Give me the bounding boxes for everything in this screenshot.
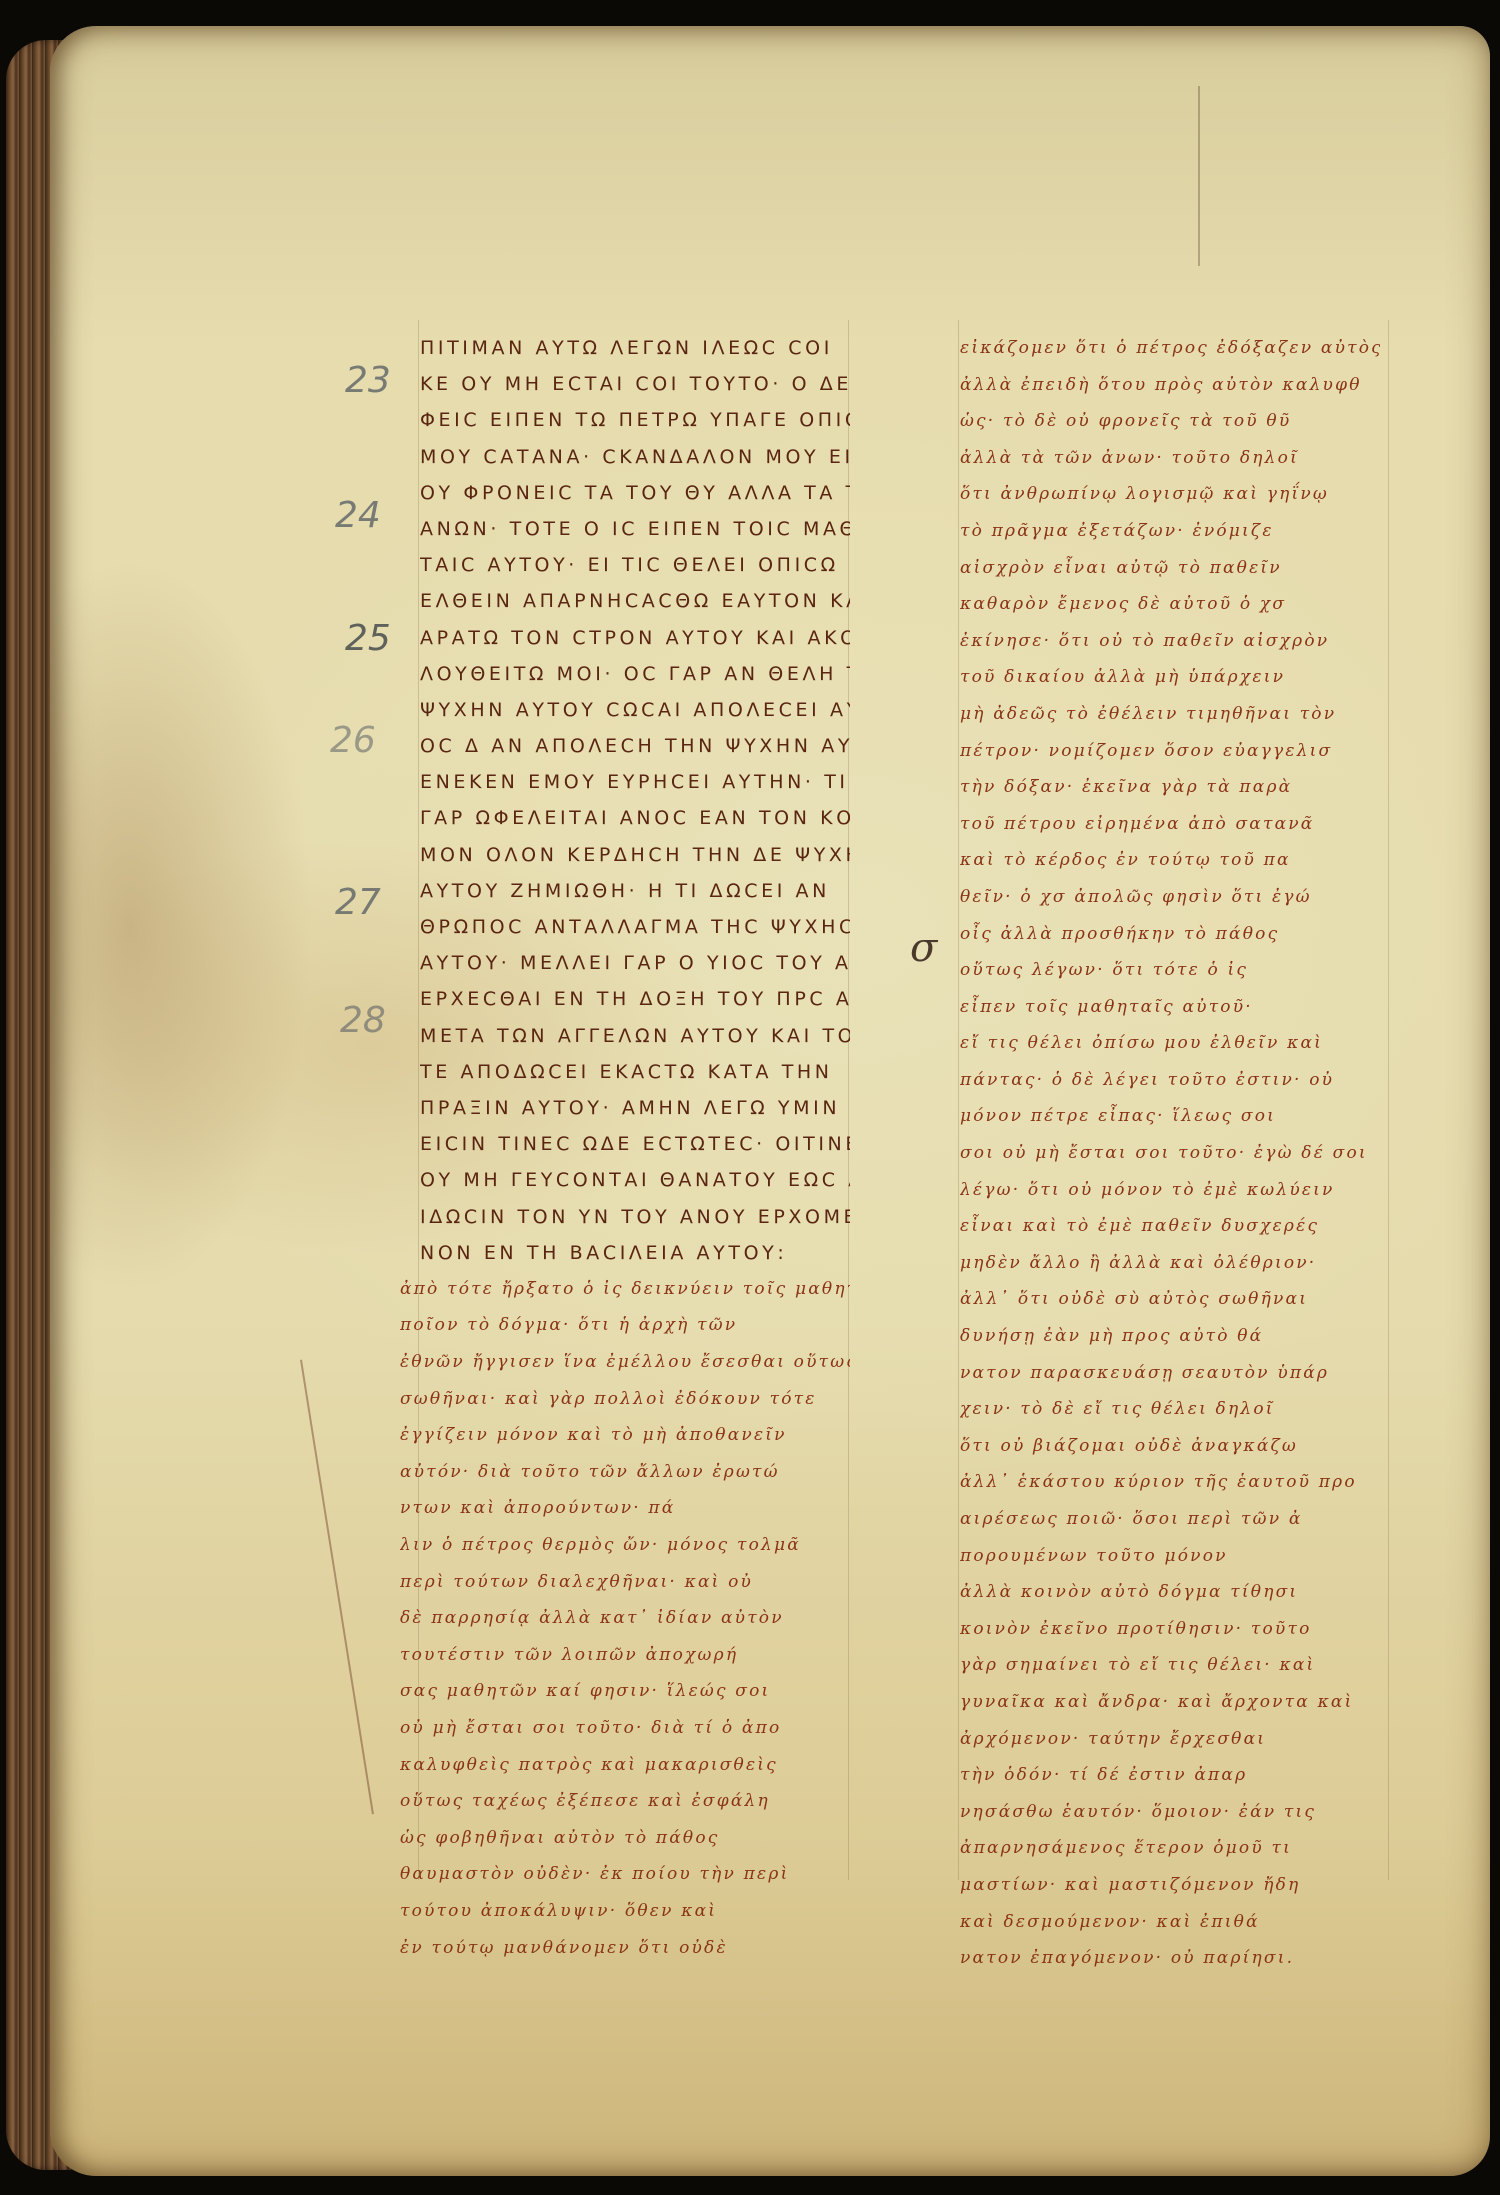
text-line: ντων καὶ ἀπορούντων· πά [400, 1490, 850, 1527]
text-line: οὕτως ταχέως ἐξέπεσε καὶ ἐσφάλη [400, 1783, 850, 1820]
text-line: μόνον πέτρε εἶπας· ἵλεως σοι [960, 1098, 1380, 1135]
text-line: σας μαθητῶν καί φησιν· ἵλεώς σοι [400, 1673, 850, 1710]
text-line: οὐ μὴ ἔσται σοι τοῦτο· διὰ τί ὁ ἀπο [400, 1710, 850, 1747]
text-line: τοῦ δικαίου ἀλλὰ μὴ ὑπάρχειν [960, 659, 1380, 696]
manuscript-scan: 23 24 25 26 27 28 σ ΠΙΤΙΜΑΝ ΑΥΤΩ ΛΕΓΩΝ Ι… [0, 0, 1500, 2195]
text-line: ΨΥΧΗΝ ΑΥΤΟΥ ϹΩϹΑΙ ΑΠΟΛΕϹΕΙ ΑΥΤΗΝ· [420, 692, 850, 728]
text-line: ΑΝΩΝ· ΤΟΤΕ Ο ΙϹ ΕΙΠΕΝ ΤΟΙϹ ΜΑΘΗ [420, 511, 850, 547]
text-line: ἀπὸ τότε ἤρξατο ὁ ἰς δεικνύειν τοῖς μαθη… [400, 1271, 850, 1308]
text-line: ἐθνῶν ἤγγισεν ἵνα ἐμέλλου ἔσεσθαι οὕτως [400, 1344, 850, 1381]
text-line: ΦΕΙϹ ΕΙΠΕΝ ΤΩ ΠΕΤΡΩ ΥΠΑΓΕ ΟΠΙϹΩ [420, 402, 850, 438]
verse-number: 27 [335, 882, 381, 923]
text-line: ΠΙΤΙΜΑΝ ΑΥΤΩ ΛΕΓΩΝ ΙΛΕΩϹ ϹΟΙ [420, 330, 850, 366]
text-line: ΝΟΝ ΕΝ ΤΗ ΒΑϹΙΛΕΙΑ ΑΥΤΟΥ: [420, 1235, 850, 1271]
text-line: σωθῆναι· καὶ γὰρ πολλοὶ ἐδόκουν τότε [400, 1381, 850, 1418]
commentary-text-minuscule: ἀπὸ τότε ἤρξατο ὁ ἰς δεικνύειν τοῖς μαθη… [400, 1271, 850, 1966]
text-line: ἀπαρνησάμενος ἕτερον ὁμοῦ τι [960, 1830, 1380, 1867]
marginal-sigma-mark: σ [910, 925, 937, 971]
ruling-line-right-outer [1388, 320, 1389, 1880]
text-line: ΟΥ ΦΡΟΝΕΙϹ ΤΑ ΤΟΥ ΘΥ ΑΛΛΑ ΤΑ ΤΩΝ [420, 475, 850, 511]
text-line: ἐγγίζειν μόνον καὶ τὸ μὴ ἀποθανεῖν [400, 1417, 850, 1454]
text-line: δὲ παρρησίᾳ ἀλλὰ κατ᾽ ἰδίαν αὐτὸν [400, 1600, 850, 1637]
text-line: ὅτι ἀνθρωπίνῳ λογισμῷ καὶ γηΐνῳ [960, 476, 1380, 513]
text-line: γὰρ σημαίνει τὸ εἴ τις θέλει· καὶ [960, 1647, 1380, 1684]
gospel-text-uncial: ΠΙΤΙΜΑΝ ΑΥΤΩ ΛΕΓΩΝ ΙΛΕΩϹ ϹΟΙ ΚΕ ΟΥ ΜΗ ΕϹ… [420, 330, 850, 1271]
verse-number: 26 [330, 720, 376, 761]
verse-number: 28 [340, 1000, 386, 1041]
text-line: τουτέστιν τῶν λοιπῶν ἀποχωρή [400, 1637, 850, 1674]
text-line: θεῖν· ὁ χσ ἀπολῶς φησὶν ὅτι ἐγώ [960, 879, 1380, 916]
text-line: ΤΕ ΑΠΟΔΩϹΕΙ ΕΚΑϹΤΩ ΚΑΤΑ ΤΗΝ [420, 1054, 850, 1090]
text-line: ἀλλὰ κοινὸν αὐτὸ δόγμα τίθησι [960, 1574, 1380, 1611]
text-line: ΤΑΙϹ ΑΥΤΟΥ· ΕΙ ΤΙϹ ΘΕΛΕΙ ΟΠΙϹΩ ΜΟΥ [420, 547, 850, 583]
text-line: ΕΙϹΙΝ ΤΙΝΕϹ ΩΔΕ ΕϹΤΩΤΕϹ· ΟΙΤΙΝΕϹ [420, 1126, 850, 1162]
text-line: καλυφθεὶς πατρὸς καὶ μακαρισθεὶς [400, 1747, 850, 1784]
text-line: ΙΔΩϹΙΝ ΤΟΝ ΥΝ ΤΟΥ ΑΝΟΥ ΕΡΧΟΜΕ [420, 1199, 850, 1235]
text-line: τὴν ὁδόν· τί δέ ἐστιν ἀπαρ [960, 1757, 1380, 1794]
text-line: ΛΟΥΘΕΙΤΩ ΜΟΙ· ΟϹ ΓΑΡ ΑΝ ΘΕΛΗ ΤΗΝ [420, 656, 850, 692]
text-line: ΕΡΧΕϹΘΑΙ ΕΝ ΤΗ ΔΟΞΗ ΤΟΥ ΠΡϹ ΑΥΤΟΥ [420, 981, 850, 1017]
text-line: θαυμαστὸν οὐδὲν· ἐκ ποίου τὴν περὶ [400, 1856, 850, 1893]
text-line: εἶπεν τοῖς μαθηταῖς αὐτοῦ· [960, 989, 1380, 1026]
text-line: ἀλλ᾽ ἑκάστου κύριον τῆς ἑαυτοῦ προ [960, 1464, 1380, 1501]
text-line: ΚΕ ΟΥ ΜΗ ΕϹΤΑΙ ϹΟΙ ΤΟΥΤΟ· Ο ΔΕ ϹΤΡΑ [420, 366, 850, 402]
text-line: εἰκάζομεν ὅτι ὁ πέτρος ἐδόξαζεν αὐτὸς [960, 330, 1380, 367]
text-line: τὸ πρᾶγμα ἐξετάζων· ἐνόμιζε [960, 513, 1380, 550]
text-line: ὡς φοβηθῆναι αὐτὸν τὸ πάθος [400, 1820, 850, 1857]
text-line: εἶναι καὶ τὸ ἐμὲ παθεῖν δυσχερές [960, 1208, 1380, 1245]
text-line: ὅτι οὐ βιάζομαι οὐδὲ ἀναγκάζω [960, 1428, 1380, 1465]
text-line: ΘΡΩΠΟϹ ΑΝΤΑΛΛΑΓΜΑ ΤΗϹ ΨΥΧΗϹ [420, 909, 850, 945]
text-line: ἀρχόμενον· ταύτην ἔρχεσθαι [960, 1721, 1380, 1758]
text-line: ΜΟΥ ϹΑΤΑΝΑ· ϹΚΑΝΔΑΛΟΝ ΜΟΥ ΕΙ· ΟΤΙ [420, 439, 850, 475]
text-line: σοι οὐ μὴ ἔσται σοι τοῦτο· ἐγὼ δέ σοι [960, 1135, 1380, 1172]
text-line: ἀλλὰ ἐπειδὴ ὅτου πρὸς αὐτὸν καλυφθ [960, 367, 1380, 404]
text-line: περὶ τούτων διαλεχθῆναι· καὶ οὐ [400, 1564, 850, 1601]
text-line: λέγω· ὅτι οὐ μόνον τὸ ἐμὲ κωλύειν [960, 1172, 1380, 1209]
text-line: πάντας· ὁ δὲ λέγει τοῦτο ἐστιν· οὐ [960, 1062, 1380, 1099]
text-line: χειν· τὸ δὲ εἴ τις θέλει δηλοῖ [960, 1391, 1380, 1428]
text-line: ΑΡΑΤΩ ΤΟΝ ϹΤΡΟΝ ΑΥΤΟΥ ΚΑΙ ΑΚΟ [420, 620, 850, 656]
text-line: ΠΡΑΞΙΝ ΑΥΤΟΥ· ΑΜΗΝ ΛΕΓΩ ΥΜΙΝ [420, 1090, 850, 1126]
text-line: μὴ ἀδεῶς τὸ ἐθέλειν τιμηθῆναι τὸν [960, 696, 1380, 733]
commentary-text-minuscule: εἰκάζομεν ὅτι ὁ πέτρος ἐδόξαζεν αὐτὸς ἀλ… [960, 330, 1380, 1977]
text-line: νατον παρασκευάσῃ σεαυτὸν ὑπάρ [960, 1355, 1380, 1392]
text-line: ἐν τούτῳ μανθάνομεν ὅτι οὐδὲ [400, 1930, 850, 1967]
text-line: ΟϹ Δ ΑΝ ΑΠΟΛΕϹΗ ΤΗΝ ΨΥΧΗΝ ΑΥΤΟΥ [420, 728, 850, 764]
text-line: λιν ὁ πέτρος θερμὸς ὤν· μόνος τολμᾶ [400, 1527, 850, 1564]
text-line: πορουμένων τοῦτο μόνον [960, 1538, 1380, 1575]
text-line: αιρέσεως ποιῶ· ὅσοι περὶ τῶν ἀ [960, 1501, 1380, 1538]
text-line: ΕΛΘΕΙΝ ΑΠΑΡΝΗϹΑϹΘΩ ΕΑΥΤΟΝ ΚΑΙ [420, 583, 850, 619]
text-line: αὐτόν· διὰ τοῦτο τῶν ἄλλων ἐρωτώ [400, 1454, 850, 1491]
text-line: καθαρὸν ἔμενος δὲ αὐτοῦ ὁ χσ [960, 586, 1380, 623]
verse-number: 23 [345, 360, 391, 401]
text-line: ἀλλ᾽ ὅτι οὐδὲ σὺ αὐτὸς σωθῆναι [960, 1281, 1380, 1318]
text-line: ΜΟΝ ΟΛΟΝ ΚΕΡΔΗϹΗ ΤΗΝ ΔΕ ΨΥΧΗΝ [420, 837, 850, 873]
text-line: δυνήσῃ ἐὰν μὴ προς αὐτὸ θά [960, 1318, 1380, 1355]
text-line: ΕΝΕΚΕΝ ΕΜΟΥ ΕΥΡΗϹΕΙ ΑΥΤΗΝ· ΤΙ [420, 764, 850, 800]
right-column: εἰκάζομεν ὅτι ὁ πέτρος ἐδόξαζεν αὐτὸς ἀλ… [960, 330, 1380, 1977]
verse-number: 24 [335, 495, 381, 536]
text-line: καὶ δεσμούμενον· καὶ ἐπιθά [960, 1904, 1380, 1941]
text-line: ΑΥΤΟΥ ΖΗΜΙΩΘΗ· Η ΤΙ ΔΩϹΕΙ ΑΝ [420, 873, 850, 909]
text-line: γυναῖκα καὶ ἄνδρα· καὶ ἄρχοντα καὶ [960, 1684, 1380, 1721]
text-line: αἰσχρὸν εἶναι αὐτῷ τὸ παθεῖν [960, 550, 1380, 587]
verse-number: 25 [345, 618, 391, 659]
text-line: ΟΥ ΜΗ ΓΕΥϹΟΝΤΑΙ ΘΑΝΑΤΟΥ ΕΩϹ ΑΝ [420, 1162, 850, 1198]
left-column: ΠΙΤΙΜΑΝ ΑΥΤΩ ΛΕΓΩΝ ΙΛΕΩϹ ϹΟΙ ΚΕ ΟΥ ΜΗ ΕϹ… [420, 330, 850, 1966]
text-line: τούτου ἀποκάλυψιν· ὅθεν καὶ [400, 1893, 850, 1930]
text-line: τοῦ πέτρου εἰρημένα ἀπὸ σατανᾶ [960, 806, 1380, 843]
parchment-fold-line [1198, 86, 1200, 266]
text-line: μαστίων· καὶ μαστιζόμενον ἤδη [960, 1867, 1380, 1904]
text-line: οἶς ἀλλὰ προσθήκην τὸ πάθος [960, 916, 1380, 953]
text-line: ὡς· τὸ δὲ οὐ φρονεῖς τὰ τοῦ θῦ [960, 403, 1380, 440]
text-line: ΜΕΤΑ ΤΩΝ ΑΓΓΕΛΩΝ ΑΥΤΟΥ ΚΑΙ ΤΟ [420, 1018, 850, 1054]
text-line: οὕτως λέγων· ὅτι τότε ὁ ἰς [960, 952, 1380, 989]
text-line: καὶ τὸ κέρδος ἐν τούτῳ τοῦ πα [960, 842, 1380, 879]
ruling-line-right [958, 320, 959, 1880]
text-line: πέτρον· νομίζομεν ὅσον εὐαγγελισ [960, 733, 1380, 770]
text-line: κοινὸν ἐκεῖνο προτίθησιν· τοῦτο [960, 1611, 1380, 1648]
text-line: ΑΥΤΟΥ· ΜΕΛΛΕΙ ΓΑΡ Ο ΥΙΟϹ ΤΟΥ ΑΝΟΥ [420, 945, 850, 981]
text-line: ποῖον τὸ δόγμα· ὅτι ἡ ἀρχὴ τῶν [400, 1307, 850, 1344]
text-line: ΓΑΡ ΩΦΕΛΕΙΤΑΙ ΑΝΟϹ ΕΑΝ ΤΟΝ ΚΟϹ [420, 800, 850, 836]
text-line: μηδὲν ἄλλο ἢ ἀλλὰ καὶ ὀλέθριον· [960, 1245, 1380, 1282]
text-line: νησάσθω ἑαυτόν· ὅμοιον· ἐάν τις [960, 1794, 1380, 1831]
text-line: ἐκίνησε· ὅτι οὐ τὸ παθεῖν αἰσχρὸν [960, 623, 1380, 660]
text-line: ἀλλὰ τὰ τῶν ἀνων· τοῦτο δηλοῖ [960, 440, 1380, 477]
text-line: νατον ἐπαγόμενον· οὐ παρίησι. [960, 1940, 1380, 1977]
text-line: εἴ τις θέλει ὀπίσω μου ἐλθεῖν καὶ [960, 1025, 1380, 1062]
text-line: τὴν δόξαν· ἐκεῖνα γὰρ τὰ παρὰ [960, 769, 1380, 806]
